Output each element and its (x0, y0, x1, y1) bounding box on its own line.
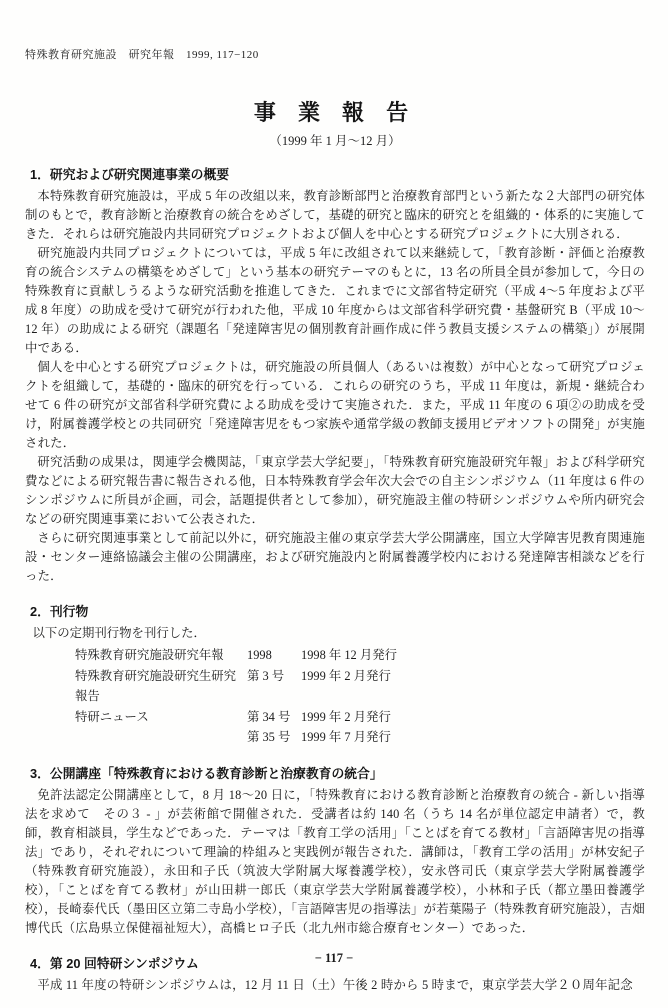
publication-issue: 1998 (247, 645, 301, 666)
publication-name: 特研ニュース (75, 707, 247, 728)
section-heading-overview: 1．研究および研究関連事業の概要 (25, 164, 645, 183)
publication-name: 特殊教育研究施設研究生研究報告 (75, 666, 247, 707)
publication-date: 1998 年 12 月発行 (301, 645, 645, 666)
publication-date: 1999 年 7 月発行 (301, 727, 645, 748)
publication-date: 1999 年 2 月発行 (301, 707, 645, 728)
publications-intro: 以下の定期刊行物を刊行した． (25, 624, 645, 643)
running-header: 特殊教育研究施設 研究年報 1999, 117−120 (25, 46, 645, 62)
page-title: 事 業 報 告 (25, 96, 645, 127)
section-heading-publications: 2．刊行物 (25, 601, 645, 620)
document-page: 特殊教育研究施設 研究年報 1999, 117−120 事 業 報 告 （199… (0, 0, 668, 1008)
publication-issue: 第 35 号 (247, 727, 301, 748)
paragraph: 本特殊教育研究施設は，平成 5 年の改組以来，教育診断部門と治療教育部門という新… (25, 187, 645, 244)
publication-issue: 第 3 号 (247, 666, 301, 707)
publication-issue: 第 34 号 (247, 707, 301, 728)
publication-date: 1999 年 2 月発行 (301, 666, 645, 707)
paragraph: 研究活動の成果は，関連学会機関誌，「東京学芸大学紀要」，「特殊教育研究施設研究年… (25, 453, 645, 529)
section-heading-open-course: 3．公開講座「特殊教育における教育診断と治療教育の統合」 (25, 763, 645, 782)
page-subtitle: （1999 年 1 月～12 月） (25, 131, 645, 149)
section-publications: 2．刊行物 以下の定期刊行物を刊行した． 特殊教育研究施設研究年報 1998 1… (25, 601, 645, 748)
paragraph: 平成 11 年度の特研シンポジウムは，12 月 11 日（土）午後 2 時から … (25, 976, 645, 995)
list-item: 特殊教育研究施設研究生研究報告 第 3 号 1999 年 2 月発行 (75, 666, 645, 707)
paragraph: さらに研究関連事業として前記以外に，研究施設主催の東京学芸大学公開講座，国立大学… (25, 529, 645, 586)
paragraph: 研究施設内共同プロジェクトについては，平成 5 年に改組されて以来継続して，「教… (25, 244, 645, 358)
section-overview: 1．研究および研究関連事業の概要 本特殊教育研究施設は，平成 5 年の改組以来，… (25, 164, 645, 586)
section-open-course: 3．公開講座「特殊教育における教育診断と治療教育の統合」 免許法認定公開講座とし… (25, 763, 645, 938)
page-number: − 117 − (0, 951, 668, 966)
paragraph: 免許法認定公開講座として，8 月 18～20 日に，「特殊教育における教育診断と… (25, 786, 645, 938)
list-item: 第 35 号 1999 年 7 月発行 (75, 727, 645, 748)
list-item: 特研ニュース 第 34 号 1999 年 2 月発行 (75, 707, 645, 728)
list-item: 特殊教育研究施設研究年報 1998 1998 年 12 月発行 (75, 645, 645, 666)
publication-name (75, 727, 247, 748)
paragraph: 個人を中心とする研究プロジェクトは，研究施設の所員個人（あるいは複数）が中心とな… (25, 358, 645, 453)
publications-list: 特殊教育研究施設研究年報 1998 1998 年 12 月発行 特殊教育研究施設… (75, 645, 645, 748)
publication-name: 特殊教育研究施設研究年報 (75, 645, 247, 666)
